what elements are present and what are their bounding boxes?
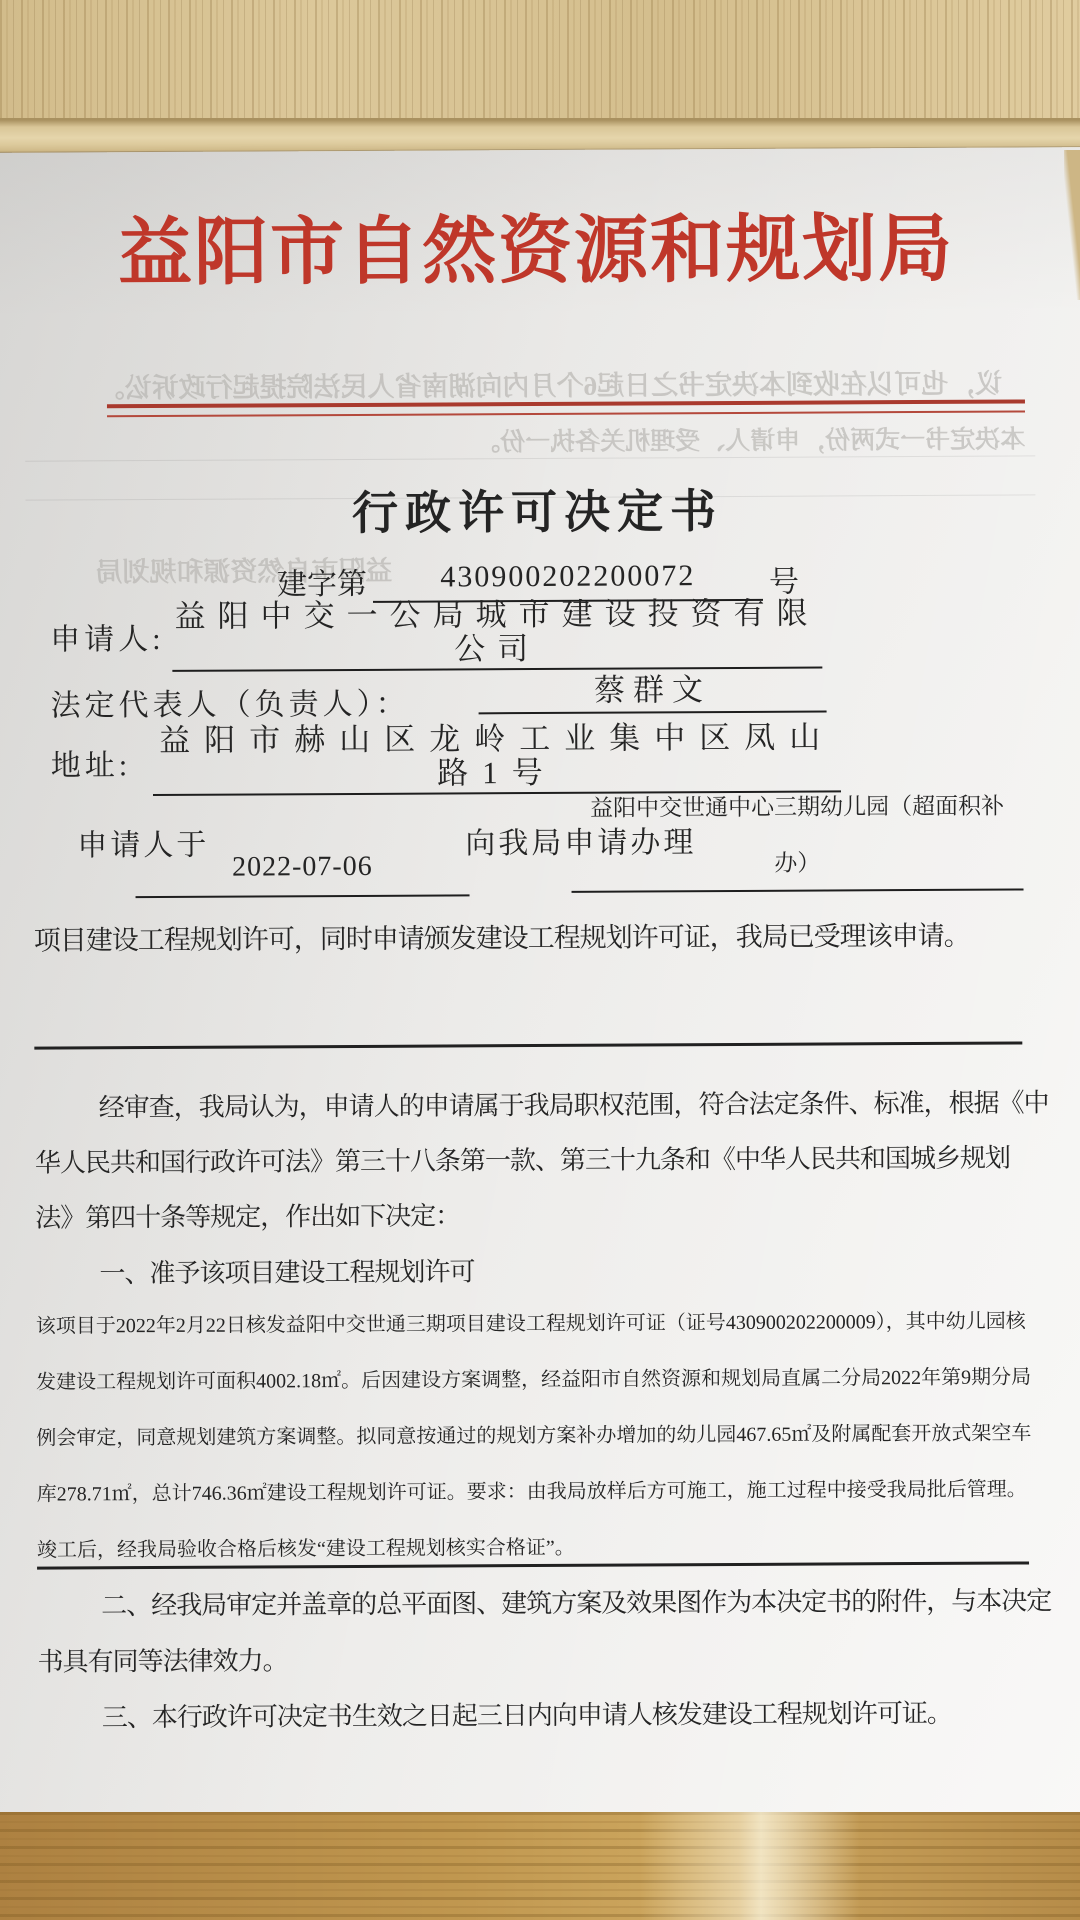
application-rest: 项目建设工程规划许可，同时申请颁发建设工程规划许可证，我局已受理该申请。	[34, 920, 970, 957]
application-date-field: 2022-07-06	[135, 850, 469, 898]
project-name-field: 益阳中交世通中心三期幼儿园（超面积补 办）	[571, 792, 1024, 892]
section-divider-1	[34, 1041, 1022, 1049]
docno-prefix: 建字第	[277, 559, 367, 603]
agency-name-heading: 益阳市自然资源和规划局	[0, 189, 1080, 301]
light-reflection	[640, 1812, 860, 1920]
address-line2: 路1号	[153, 754, 841, 792]
decision-item2-line1: 二、经我局审定并盖章的总平面图、建筑方案及效果图作为本决定书的附件，与本决定	[101, 1585, 1051, 1622]
decision-item1-title: 一、准予该项目建设工程规划许可	[99, 1256, 474, 1290]
backside-bleedthrough-line-1: 议，也可以在收到本决定书之日起6个月内向湖南省人民法院提起行政诉讼。	[75, 361, 1025, 405]
item1-detail-line2: 发建设工程规划许可面积4002.18㎡。后因建设方案调整，经益阳市自然资源和规划…	[36, 1365, 1031, 1395]
item1-detail-line4: 库278.71㎡，总计746.36㎡建设工程规划许可证。要求：由我局放样后方可施…	[37, 1477, 1027, 1507]
item1-detail-line5: 竣工后，经我局验收合格后核发“建设工程规划核实合格证”。	[37, 1536, 575, 1564]
project-name-line2: 办）	[571, 848, 1023, 878]
legal-rep-name: 蔡群文	[478, 672, 826, 708]
decision-item2-line2: 书具有同等法律效力。	[37, 1645, 287, 1678]
application-date: 2022-07-06	[135, 850, 469, 884]
address-value: 益阳市赫山区龙岭工业集中区凤山 路1号	[153, 720, 841, 796]
address-line1: 益阳市赫山区龙岭工业集中区凤山	[153, 720, 841, 758]
project-name-line1: 益阳中交世通中心三期幼儿园（超面积补	[571, 792, 1023, 822]
item1-detail-line1: 该项目于2022年2月22日核发益阳中交世通三期项目建设工程规划许可证（证号43…	[36, 1309, 1026, 1339]
applicant-value-line2: 公司	[172, 631, 822, 668]
wood-sliver-top-right	[1064, 150, 1080, 300]
decision-paragraph-line3: 法》第四十条等规定，作出如下决定：	[35, 1200, 460, 1234]
address-label: 地址:	[51, 740, 132, 784]
document-paper: 益阳市自然资源和规划局 议，也可以在收到本决定书之日起6个月内向湖南省人民法院提…	[0, 147, 1080, 1819]
legal-rep-value: 蔡群文	[478, 672, 826, 714]
backside-bleedthrough-line-2: 本决定书一式两份，申请人、受理机关各执一份。	[525, 419, 1025, 458]
applicant-value: 益阳中交一公局城市建设投资有限 公司	[172, 597, 822, 672]
docno-suffix: 号	[769, 557, 799, 601]
decision-paragraph-line1: 经审查，我局认为，申请人的申请属于我局职权范围，符合法定条件、标准，根据《中	[99, 1087, 1049, 1124]
decision-item3: 三、本行政许可决定书生效之日起三日内向申请人核发建设工程规划许可证。	[102, 1698, 952, 1734]
applicant-value-line1: 益阳中交一公局城市建设投资有限	[172, 597, 822, 634]
wood-table-background	[0, 1812, 1080, 1920]
decision-paragraph-line2: 华人民共和国行政许可法》第三十八条第一款、第三十九条和《中华人民共和国城乡规划	[35, 1143, 1010, 1180]
item1-detail-line3: 例会审定，同意规划建筑方案调整。拟同意按通过的规划方案补办增加的幼儿园467.6…	[36, 1421, 1031, 1451]
legal-rep-label: 法定代表人（负责人）：	[50, 679, 409, 725]
document-title: 行政许可决定书	[0, 473, 1080, 545]
wood-wall-background	[0, 0, 1080, 122]
applicant-label: 申请人:	[50, 614, 165, 659]
